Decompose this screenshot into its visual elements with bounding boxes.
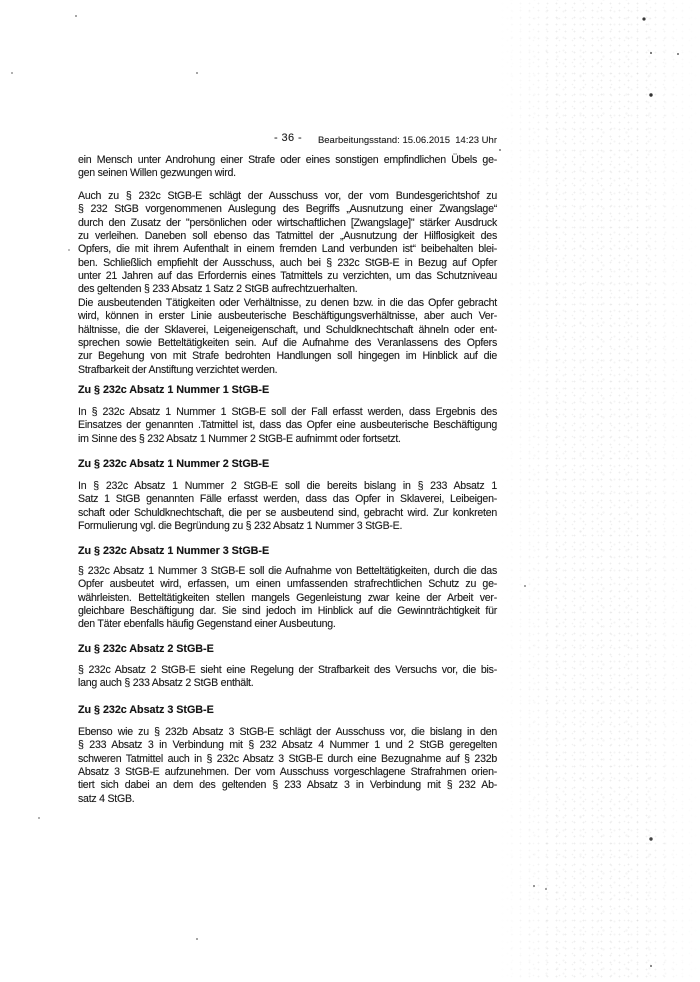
text-line: unter 21 Jahren auf das Erfordernis eine… [78, 270, 497, 283]
text-line: § 232 StGB vorgenommenen Auslegung des B… [78, 203, 497, 216]
paragraph: § 232c Absatz 1 Nummer 3 StGB-E soll die… [78, 565, 497, 632]
text-line: im Sinne des § 232 Absatz 1 Nummer 2 StG… [78, 433, 497, 446]
paragraph: ein Mensch unter Androhung einer Strafe … [78, 154, 497, 181]
text-line: Satz 1 StGB genannten Fälle erfasst werd… [78, 493, 497, 506]
scan-specks [0, 0, 2, 2]
text-line: durch den Zusatz der "persönlichen oder … [78, 217, 497, 230]
text-line: Formulierung vgl. die Begründung zu § 23… [78, 520, 497, 533]
text-line: In § 232c Absatz 1 Nummer 2 StGB-E soll … [78, 480, 497, 493]
text-line: § 232c Absatz 2 StGB-E sieht eine Regelu… [78, 664, 497, 677]
text-line: zu verleihen. Daneben soll ebenso das Ta… [78, 230, 497, 243]
text-line: des geltenden § 233 Absatz 1 Satz 2 StGB… [78, 283, 497, 296]
scan-noise [498, 0, 700, 982]
text-line: Die ausbeutenden Tätigkeiten oder Verhäl… [78, 297, 497, 310]
text-line: wird, können in erster Linie ausbeuteris… [78, 310, 497, 323]
scanned-document-page: - 36 - Bearbeitungsstand: 15.06.2015 14:… [0, 0, 700, 982]
paragraph: Die ausbeutenden Tätigkeiten oder Verhäl… [78, 297, 497, 377]
text-line: Absatz 3 StGB-E aufzunehmen. Der vom Aus… [78, 766, 497, 779]
text-line: In § 232c Absatz 1 Nummer 1 StGB-E soll … [78, 406, 497, 419]
text-line: lang auch § 233 Absatz 2 StGB enthält. [78, 677, 497, 690]
text-line: Strafbarkeit der Anstiftung verzichtet w… [78, 364, 497, 377]
paragraph: In § 232c Absatz 1 Nummer 2 StGB-E soll … [78, 480, 497, 533]
text-line: schaft oder Schuldknechtschaft, die per … [78, 507, 497, 520]
section-heading: Zu § 232c Absatz 1 Nummer 3 StGB-E [78, 545, 497, 558]
paragraph: In § 232c Absatz 1 Nummer 1 StGB-E soll … [78, 406, 497, 446]
text-line: hältnisse, die der Sklaverei, Leigeneige… [78, 324, 497, 337]
text-line: schweren Tatmittel auch in § 232c Absatz… [78, 753, 497, 766]
text-line: § 233 Absatz 3 in Verbindung mit § 232 A… [78, 739, 497, 752]
text-line: § 232c Absatz 1 Nummer 3 StGB-E soll die… [78, 565, 497, 578]
page-number: - 36 - [274, 132, 302, 144]
text-line: zur Begehung von mit Strafe bedrohten Ha… [78, 350, 497, 363]
text-line: Opfers, die mit ihrem Aufenthalt in eine… [78, 243, 497, 256]
section-heading: Zu § 232c Absatz 1 Nummer 2 StGB-E [78, 458, 497, 471]
paragraph: § 232c Absatz 2 StGB-E sieht eine Regelu… [78, 664, 497, 691]
text-line: satz 4 StGB. [78, 793, 497, 806]
text-line: Einsatzes der genannten .Tatmittel ist, … [78, 419, 497, 432]
text-line: ein Mensch unter Androhung einer Strafe … [78, 154, 497, 167]
text-line: gen seinen Willen gezwungen wird. [78, 167, 497, 180]
section-heading: Zu § 232c Absatz 3 StGB-E [78, 704, 497, 717]
text-line: tiert sich dabei an dem des geltenden § … [78, 779, 497, 792]
section-heading: Zu § 232c Absatz 2 StGB-E [78, 643, 497, 656]
text-line: gleichbare Beschäftigung dar. Sie sind j… [78, 605, 497, 618]
text-line: Ebenso wie zu § 232b Absatz 3 StGB-E sch… [78, 726, 497, 739]
paragraph: Ebenso wie zu § 232b Absatz 3 StGB-E sch… [78, 726, 497, 806]
text-line: sprechen sowie Betteltätigkeiten sein. A… [78, 337, 497, 350]
edit-status-timestamp: Bearbeitungsstand: 15.06.2015 14:23 Uhr [318, 135, 497, 146]
text-line: Opfer ausbeutet wird, erfassen, um einen… [78, 578, 497, 591]
text-line: Auch zu § 232c StGB-E schlägt der Aussch… [78, 190, 497, 203]
text-line: währleisten. Betteltätigkeiten stellen m… [78, 592, 497, 605]
text-line: ben. Schließlich empfiehlt der Ausschuss… [78, 257, 497, 270]
text-line: den Täter ebenfalls häufig Gegenstand ei… [78, 618, 497, 631]
paragraph: Auch zu § 232c StGB-E schlägt der Aussch… [78, 190, 497, 297]
section-heading: Zu § 232c Absatz 1 Nummer 1 StGB-E [78, 384, 497, 397]
